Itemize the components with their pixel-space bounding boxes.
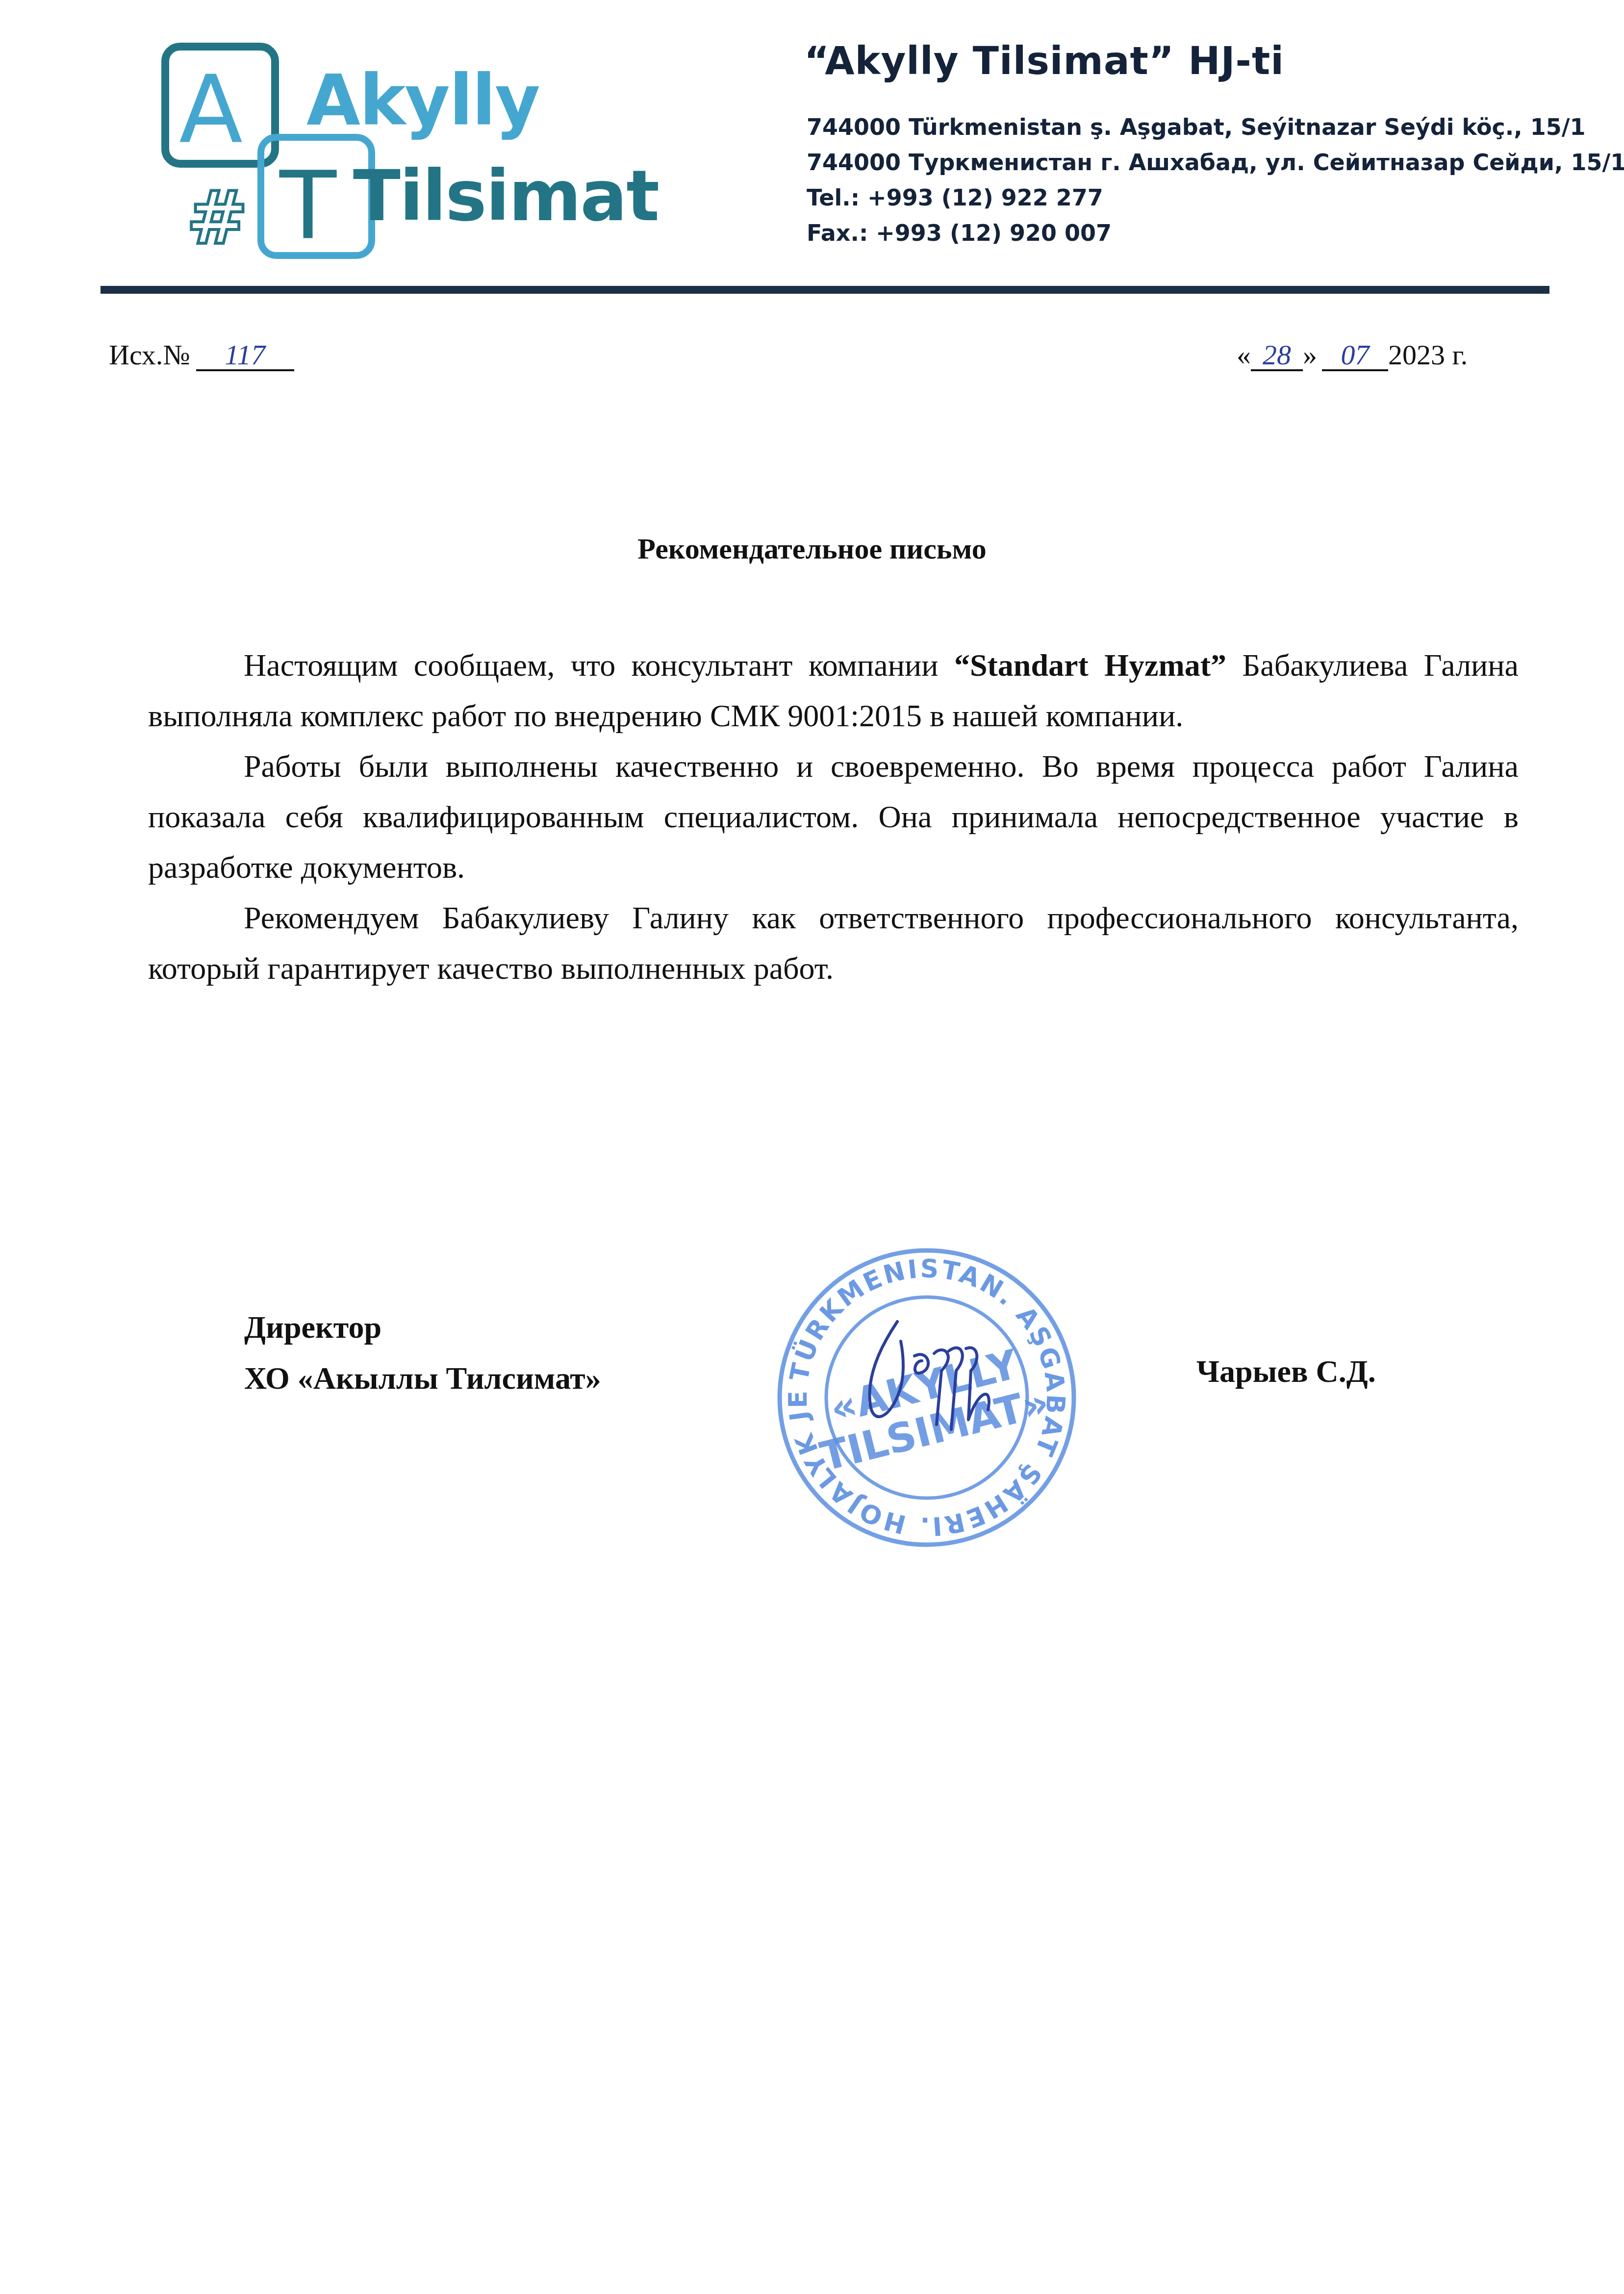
hash-icon: # bbox=[186, 181, 248, 255]
telephone: Tel.: +993 (12) 922 277 bbox=[807, 184, 1103, 211]
signatory-name: Чарыев С.Д. bbox=[1196, 1353, 1376, 1390]
letter-date: «28»072023 г. bbox=[1237, 338, 1468, 371]
paragraph-1: Настоящим сообщаем, что консультант комп… bbox=[148, 640, 1519, 741]
reference-number: 117 bbox=[225, 339, 265, 371]
paragraph-2: Работы были выполнены качественно и свое… bbox=[148, 741, 1519, 892]
date-month-field: 07 bbox=[1322, 341, 1388, 371]
company-logo: A T # Akylly Tilsimat bbox=[159, 37, 650, 267]
signatory-organization: ХО «Акыллы Тилсимат» bbox=[244, 1353, 601, 1404]
company-stamp: TÜRKMENISTAN. AŞGABAT ŞÄHERI. HOJALYK JE… bbox=[772, 1243, 1081, 1552]
reference-number-field: 117 bbox=[196, 341, 294, 371]
address-russian: 744000 Туркменистан г. Ашхабад, ул. Сейи… bbox=[807, 149, 1624, 176]
fax: Fax.: +993 (12) 920 007 bbox=[807, 220, 1112, 246]
date-day-field: 28 bbox=[1251, 341, 1303, 371]
paragraph-3: Рекомендуем Бабакулиеву Галину как ответ… bbox=[148, 892, 1519, 994]
stamp-seal-icon: TÜRKMENISTAN. AŞGABAT ŞÄHERI. HOJALYK JE… bbox=[772, 1243, 1081, 1552]
signatory-block: Директор ХО «Акыллы Тилсимат» bbox=[244, 1302, 601, 1404]
document-title: Рекомендательное письмо bbox=[0, 532, 1624, 566]
logo-word-tilsimat: Tilsimat bbox=[353, 162, 659, 231]
date-year: 2023 г. bbox=[1388, 339, 1468, 371]
reference-label: Исх.№ bbox=[109, 339, 190, 371]
company-standart-hyzmat: “Standart Hyzmat” bbox=[954, 648, 1226, 683]
date-month: 07 bbox=[1341, 339, 1370, 371]
company-name: “Akylly Tilsimat” HJ-ti bbox=[804, 39, 1284, 83]
logo-word-akylly: Akylly bbox=[306, 66, 539, 136]
logo-letter-a: A bbox=[179, 64, 243, 157]
letter-body: Настоящим сообщаем, что консультант комп… bbox=[148, 640, 1519, 994]
date-open-quote: « bbox=[1237, 339, 1251, 371]
date-day: 28 bbox=[1263, 339, 1291, 371]
date-close-quote: » bbox=[1303, 339, 1317, 371]
logo-letter-t: T bbox=[279, 159, 336, 253]
outgoing-reference: Исх.№117 bbox=[109, 338, 294, 371]
signatory-position: Директор bbox=[244, 1302, 601, 1353]
address-turkmen: 744000 Türkmenistan ş. Aşgabat, Seýitnaz… bbox=[807, 114, 1586, 140]
header-divider bbox=[101, 286, 1549, 294]
paragraph-1-text: Настоящим сообщаем, что консультант комп… bbox=[244, 648, 954, 683]
